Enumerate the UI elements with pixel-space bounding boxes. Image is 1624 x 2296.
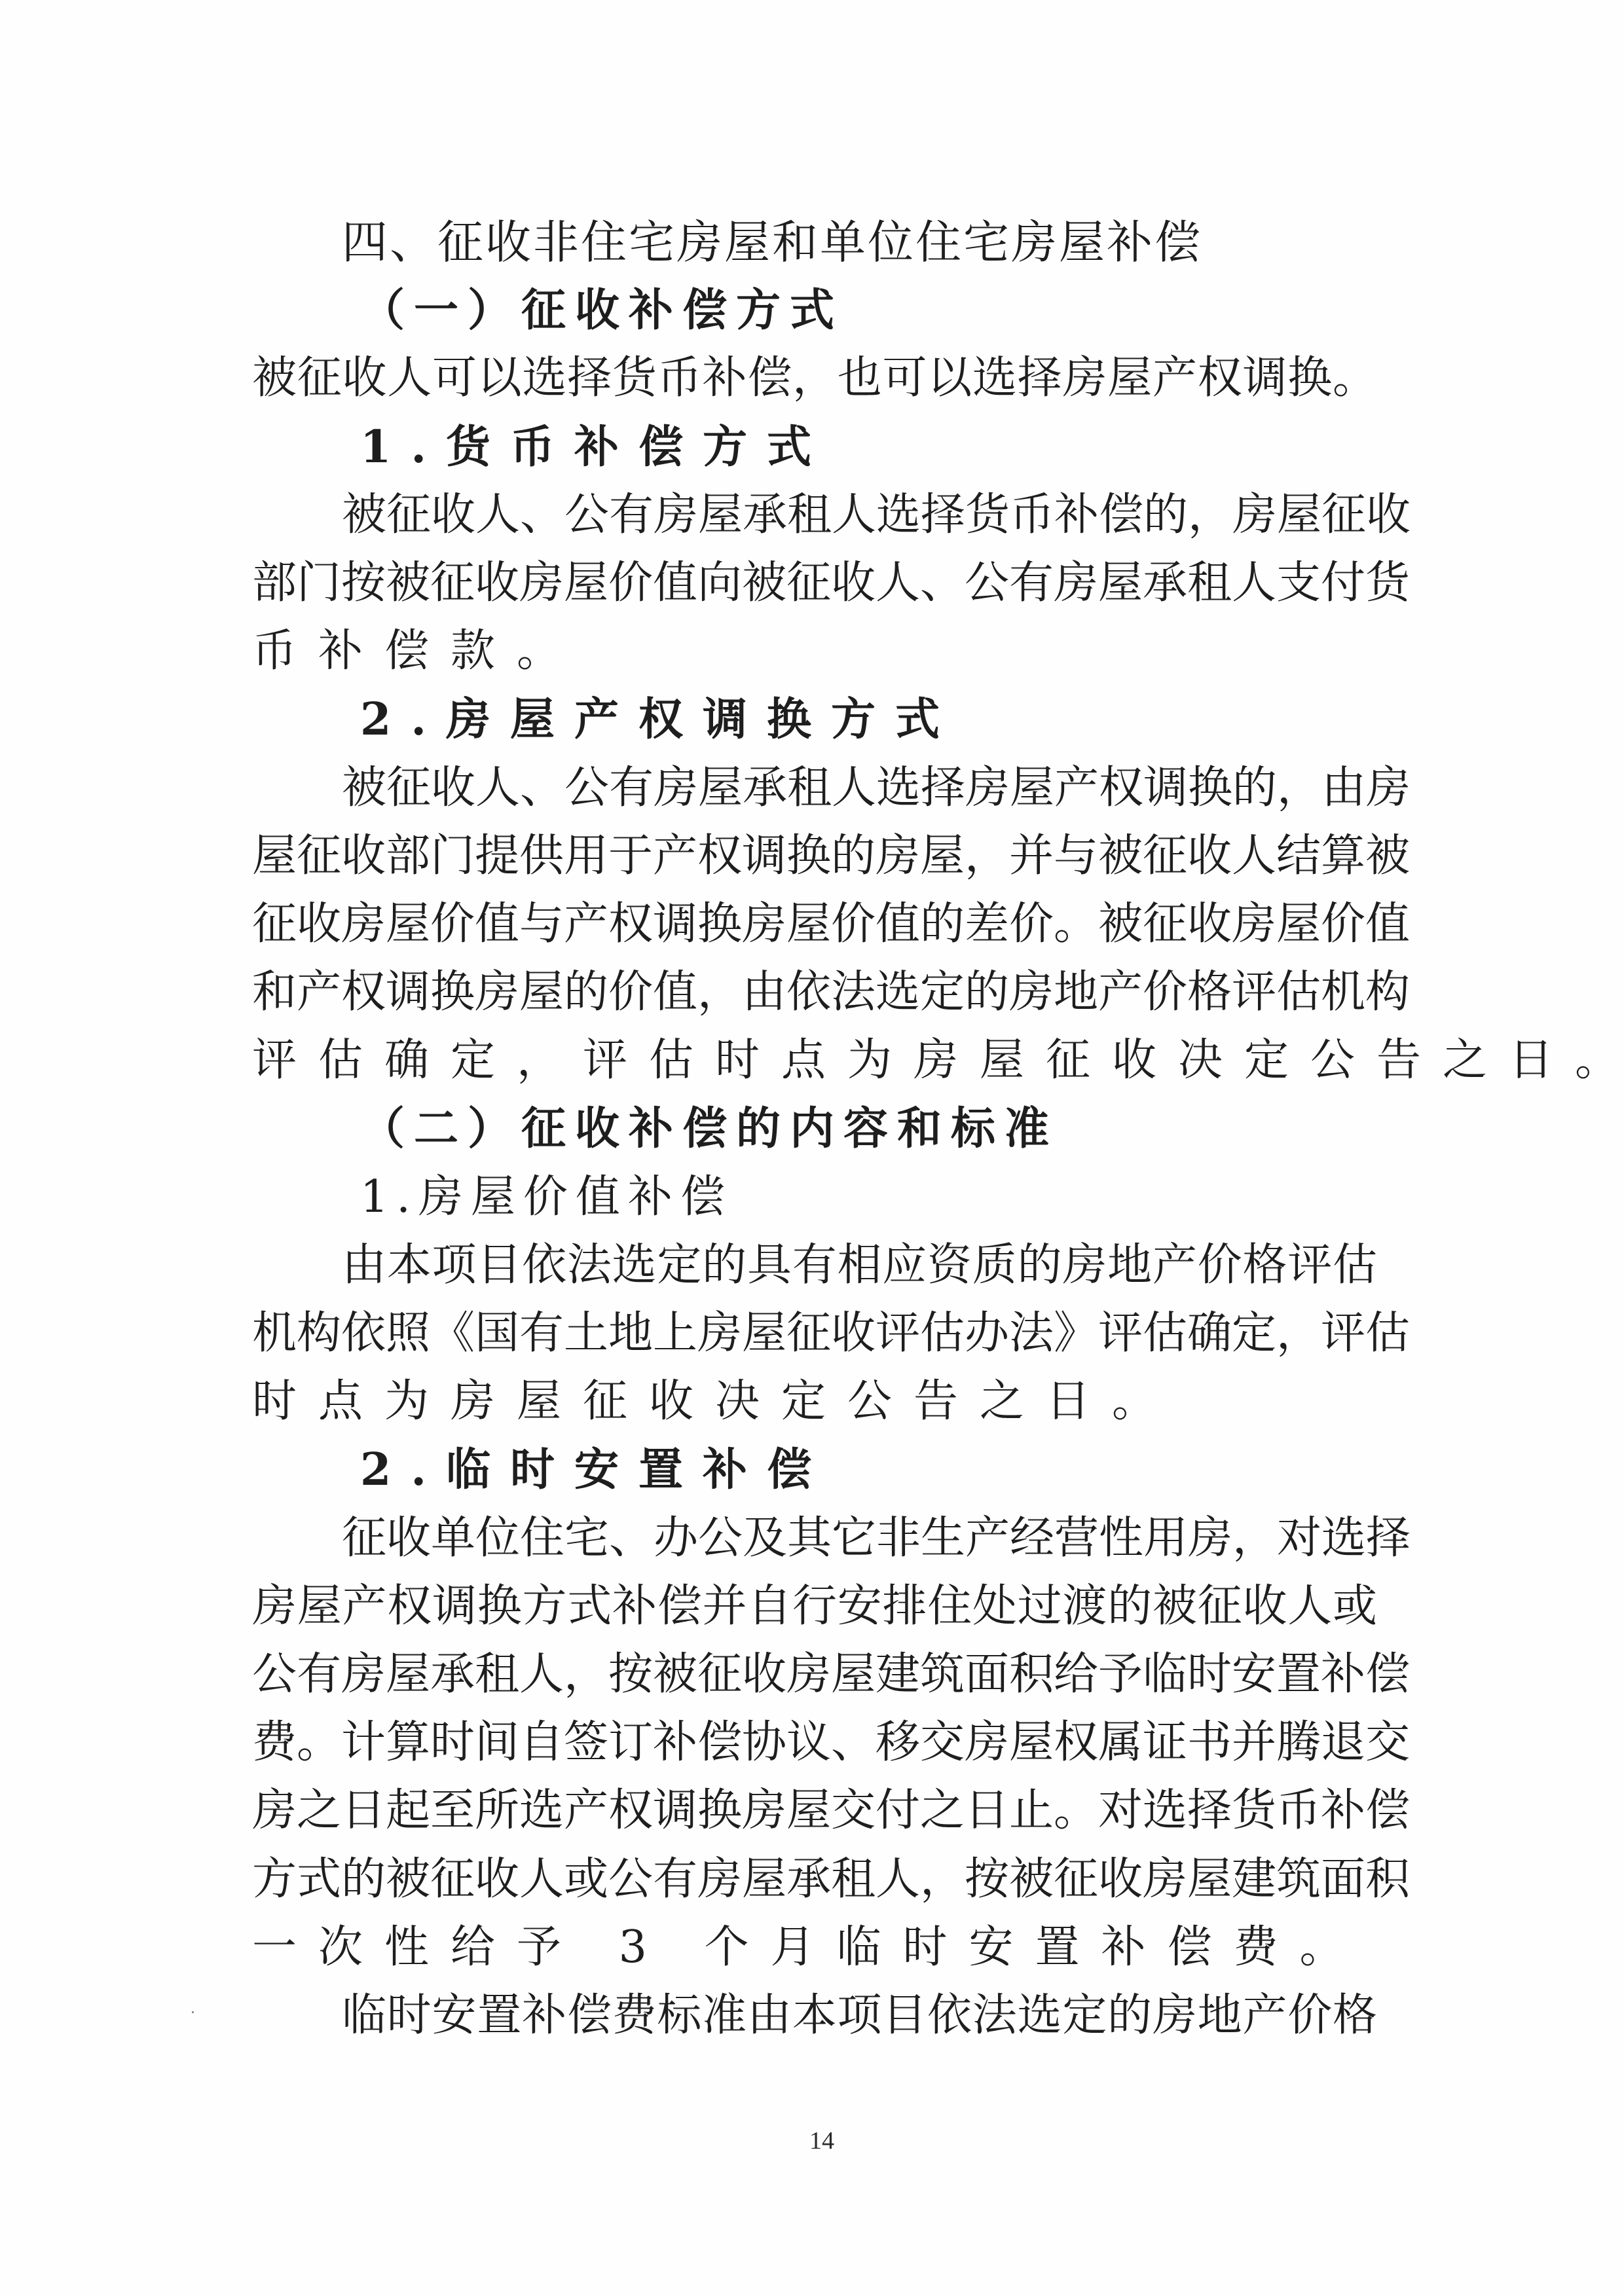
paragraph-line: 方式的被征收人或公有房屋承租人，按被征收房屋建筑面积: [252, 1846, 1377, 1914]
paragraph-line: 被征收人、公有房屋承租人选择房屋产权调换的，由房: [252, 754, 1377, 822]
paragraph-line: 房之日起至所选产权调换房屋交付之日止。对选择货币补偿: [252, 1777, 1377, 1845]
paragraph-line: 征收单位住宅、办公及其它非生产经营性用房，对选择: [252, 1504, 1377, 1573]
paragraph-line: 费。计算时间自签订补偿协议、移交房屋权属证书并腾退交: [252, 1709, 1377, 1777]
subsection-heading-1: （一）征收补偿方式: [252, 276, 1377, 344]
page-number: 14: [805, 2126, 838, 2155]
paragraph-line: 临时安置补偿费标准由本项目依法选定的房地产价格: [252, 1982, 1377, 2050]
paragraph-line: 房屋产权调换方式补偿并自行安排住处过渡的被征收人或: [252, 1573, 1377, 1641]
paragraph-line: 时点为房屋征收决定公告之日。: [252, 1368, 1377, 1436]
item-heading-house-value: 1.房屋价值补偿: [252, 1163, 1377, 1231]
paragraph-line: 评估确定，评估时点为房屋征收决定公告之日。: [252, 1027, 1377, 1095]
paragraph-line: 一次性给予 3 个月临时安置补偿费。: [252, 1914, 1377, 1982]
item-heading-temporary-resettlement: 2.临时安置补偿: [252, 1436, 1377, 1504]
page-body: 四、征收非住宅房屋和单位住宅房屋补偿 （一）征收补偿方式 被征收人可以选择货币补…: [252, 208, 1377, 2050]
paragraph-line: 公有房屋承租人，按被征收房屋建筑面积给予临时安置补偿: [252, 1641, 1377, 1709]
paragraph-line: 由本项目依法选定的具有相应资质的房地产价格评估: [252, 1231, 1377, 1300]
document-page: 四、征收非住宅房屋和单位住宅房屋补偿 （一）征收补偿方式 被征收人可以选择货币补…: [0, 0, 1624, 2296]
scan-speck: [192, 2011, 194, 2013]
subsection-heading-2: （二）征收补偿的内容和标准: [252, 1095, 1377, 1163]
paragraph-line: 机构依照《国有土地上房屋征收评估办法》评估确定，评估: [252, 1300, 1377, 1368]
paragraph-line: 被征收人、公有房屋承租人选择货币补偿的，房屋征收: [252, 481, 1377, 549]
paragraph-line: 征收房屋价值与产权调换房屋价值的差价。被征收房屋价值: [252, 890, 1377, 958]
section-heading-4: 四、征收非住宅房屋和单位住宅房屋补偿: [252, 208, 1377, 276]
paragraph-line: 被征收人可以选择货币补偿，也可以选择房屋产权调换。: [252, 344, 1377, 412]
item-heading-monetary-compensation: 1.货币补偿方式: [252, 413, 1377, 481]
paragraph-line: 屋征收部门提供用于产权调换的房屋，并与被征收人结算被: [252, 822, 1377, 890]
paragraph-line: 币补偿款。: [252, 617, 1377, 685]
paragraph-line: 和产权调换房屋的价值，由依法选定的房地产价格评估机构: [252, 958, 1377, 1027]
item-heading-property-exchange: 2.房屋产权调换方式: [252, 685, 1377, 754]
paragraph-line: 部门按被征收房屋价值向被征收人、公有房屋承租人支付货: [252, 549, 1377, 617]
